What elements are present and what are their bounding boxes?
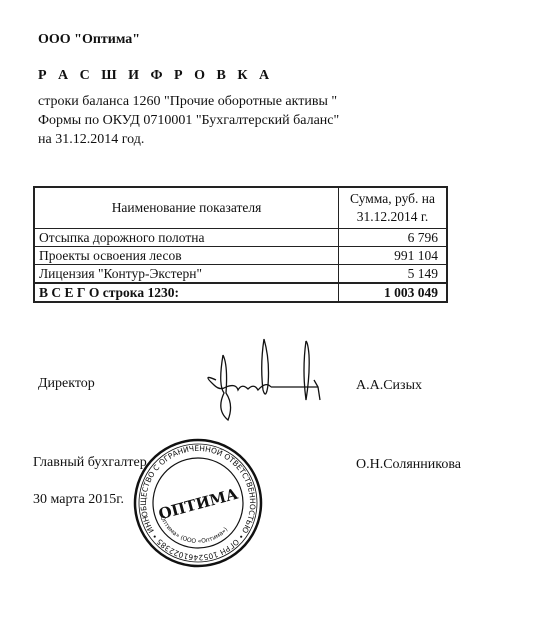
company-stamp-icon: ОБЩЕСТВО С ОГРАНИЧЕННОЙ ОТВЕТСТВЕННОСТЬЮ… xyxy=(128,436,268,571)
director-signature-icon xyxy=(196,335,326,430)
row-value: 991 104 xyxy=(339,247,448,265)
total-value: 1 003 049 xyxy=(339,283,448,302)
document-date: 30 марта 2015г. xyxy=(33,492,124,508)
subtitle-line-2: Формы по ОКУД 0710001 "Бухгалтерский бал… xyxy=(38,113,339,129)
column-header-sum: Сумма, руб. на 31.12.2014 г. xyxy=(339,187,448,229)
table-header-row: Наименование показателя Сумма, руб. на 3… xyxy=(34,187,447,229)
company-name: ООО "Оптима" xyxy=(38,32,140,48)
document-title: Р А С Ш И Ф Р О В К А xyxy=(38,68,273,84)
row-name: Лицензия "Контур-Экстерн" xyxy=(34,265,339,284)
column-header-name: Наименование показателя xyxy=(34,187,339,229)
row-name: Отсыпка дорожного полотна xyxy=(34,229,339,247)
column-header-sum-line1: Сумма, руб. на xyxy=(350,191,435,206)
table-total-row: В С Е Г О строка 1230: 1 003 049 xyxy=(34,283,447,302)
director-label: Директор xyxy=(38,376,95,392)
table-row: Проекты освоения лесов 991 104 xyxy=(34,247,447,265)
row-name: Проекты освоения лесов xyxy=(34,247,339,265)
subtitle-line-1: строки баланса 1260 "Прочие оборотные ак… xyxy=(38,94,337,110)
row-value: 5 149 xyxy=(339,265,448,284)
table-row: Отсыпка дорожного полотна 6 796 xyxy=(34,229,447,247)
stamp-center-text: ОПТИМА xyxy=(157,485,241,524)
table-row: Лицензия "Контур-Экстерн" 5 149 xyxy=(34,265,447,284)
subtitle-line-3: на 31.12.2014 год. xyxy=(38,132,144,148)
total-label: В С Е Г О строка 1230: xyxy=(34,283,339,302)
accountant-name: О.Н.Солянникова xyxy=(356,457,461,473)
row-value: 6 796 xyxy=(339,229,448,247)
director-name: А.А.Сизых xyxy=(356,378,422,394)
column-header-sum-line2: 31.12.2014 г. xyxy=(357,209,429,224)
breakdown-table: Наименование показателя Сумма, руб. на 3… xyxy=(33,186,448,303)
